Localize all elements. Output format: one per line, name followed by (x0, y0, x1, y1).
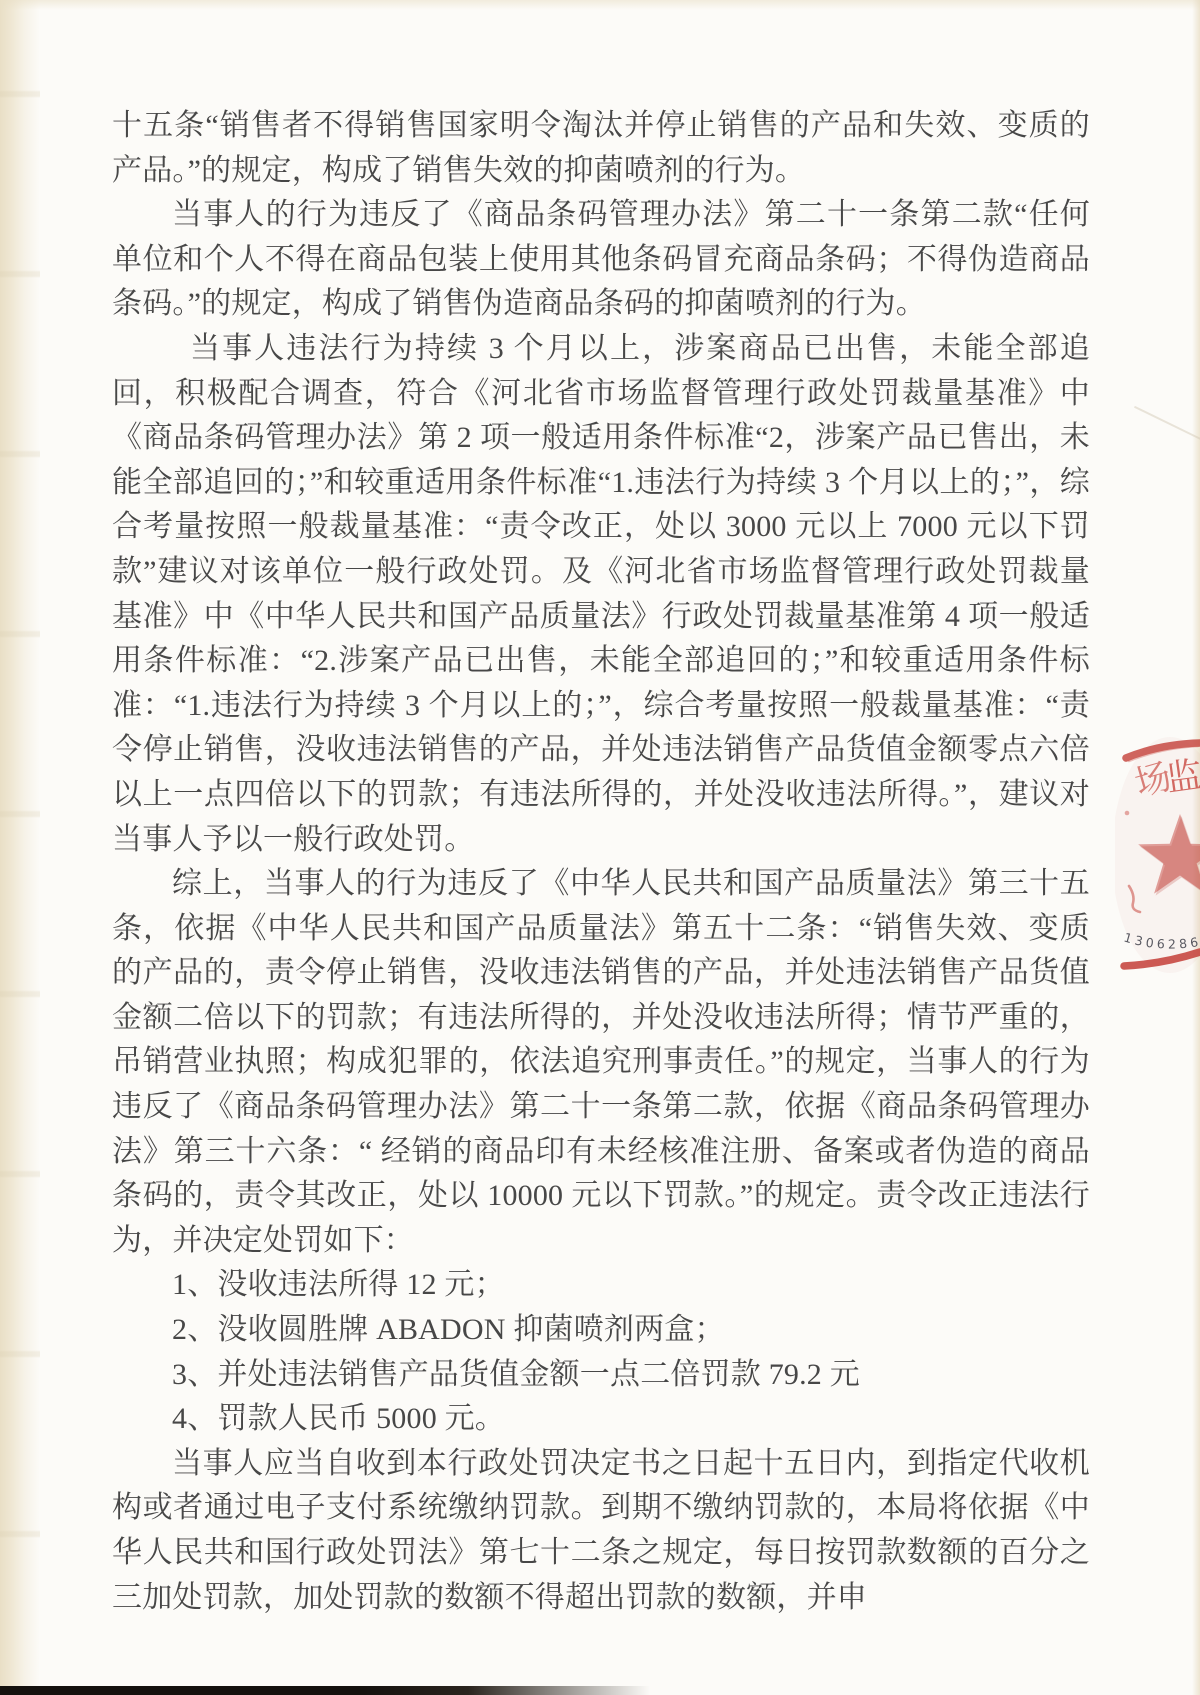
penalty-item-3: 3、并处违法销售产品货值金额一点二倍罚款 79.2 元 (112, 1353, 1090, 1398)
scan-artifact-band (0, 1686, 650, 1695)
paragraph-discretion-basis: 当事人违法行为持续 3 个月以上，涉案商品已出售，未能全部追回，积极配合调查，符… (112, 327, 1090, 862)
paragraph-barcode-violation: 当事人的行为违反了《商品条码管理办法》第二十一条第二款“任何单位和个人不得在商品… (112, 193, 1090, 327)
paragraph-continuation: 十五条“销售者不得销售国家明令淘汰并停止销售的产品和失效、变质的产品。”的规定，… (112, 104, 1090, 193)
scan-crease (1134, 406, 1200, 446)
penalty-item-4: 4、罚款人民币 5000 元。 (112, 1397, 1090, 1442)
penalty-item-2: 2、没收圆胜牌 ABADON 抑菌喷剂两盒； (112, 1308, 1090, 1353)
scanned-document-page: 十五条“销售者不得销售国家明令淘汰并停止销售的产品和失效、变质的产品。”的规定，… (0, 0, 1200, 1695)
penalty-item-1: 1、没收违法所得 12 元； (112, 1263, 1090, 1308)
document-body: 十五条“销售者不得销售国家明令淘汰并停止销售的产品和失效、变质的产品。”的规定，… (112, 104, 1090, 1620)
stamp-char-2: 监 (1164, 754, 1200, 799)
paragraph-legal-basis: 综上，当事人的行为违反了《中华人民共和国产品质量法》第三十五条，依据《中华人民共… (112, 862, 1090, 1263)
stamp-speck (1125, 811, 1130, 816)
official-seal-stamp: 场 监 1306286 (1115, 733, 1200, 978)
scan-edge-left (0, 0, 40, 1695)
paragraph-payment-instructions: 当事人应当自收到本行政处罚决定书之日起十五日内，到指定代收机构或者通过电子支付系… (112, 1442, 1090, 1620)
scan-edge-top (0, 0, 1200, 10)
